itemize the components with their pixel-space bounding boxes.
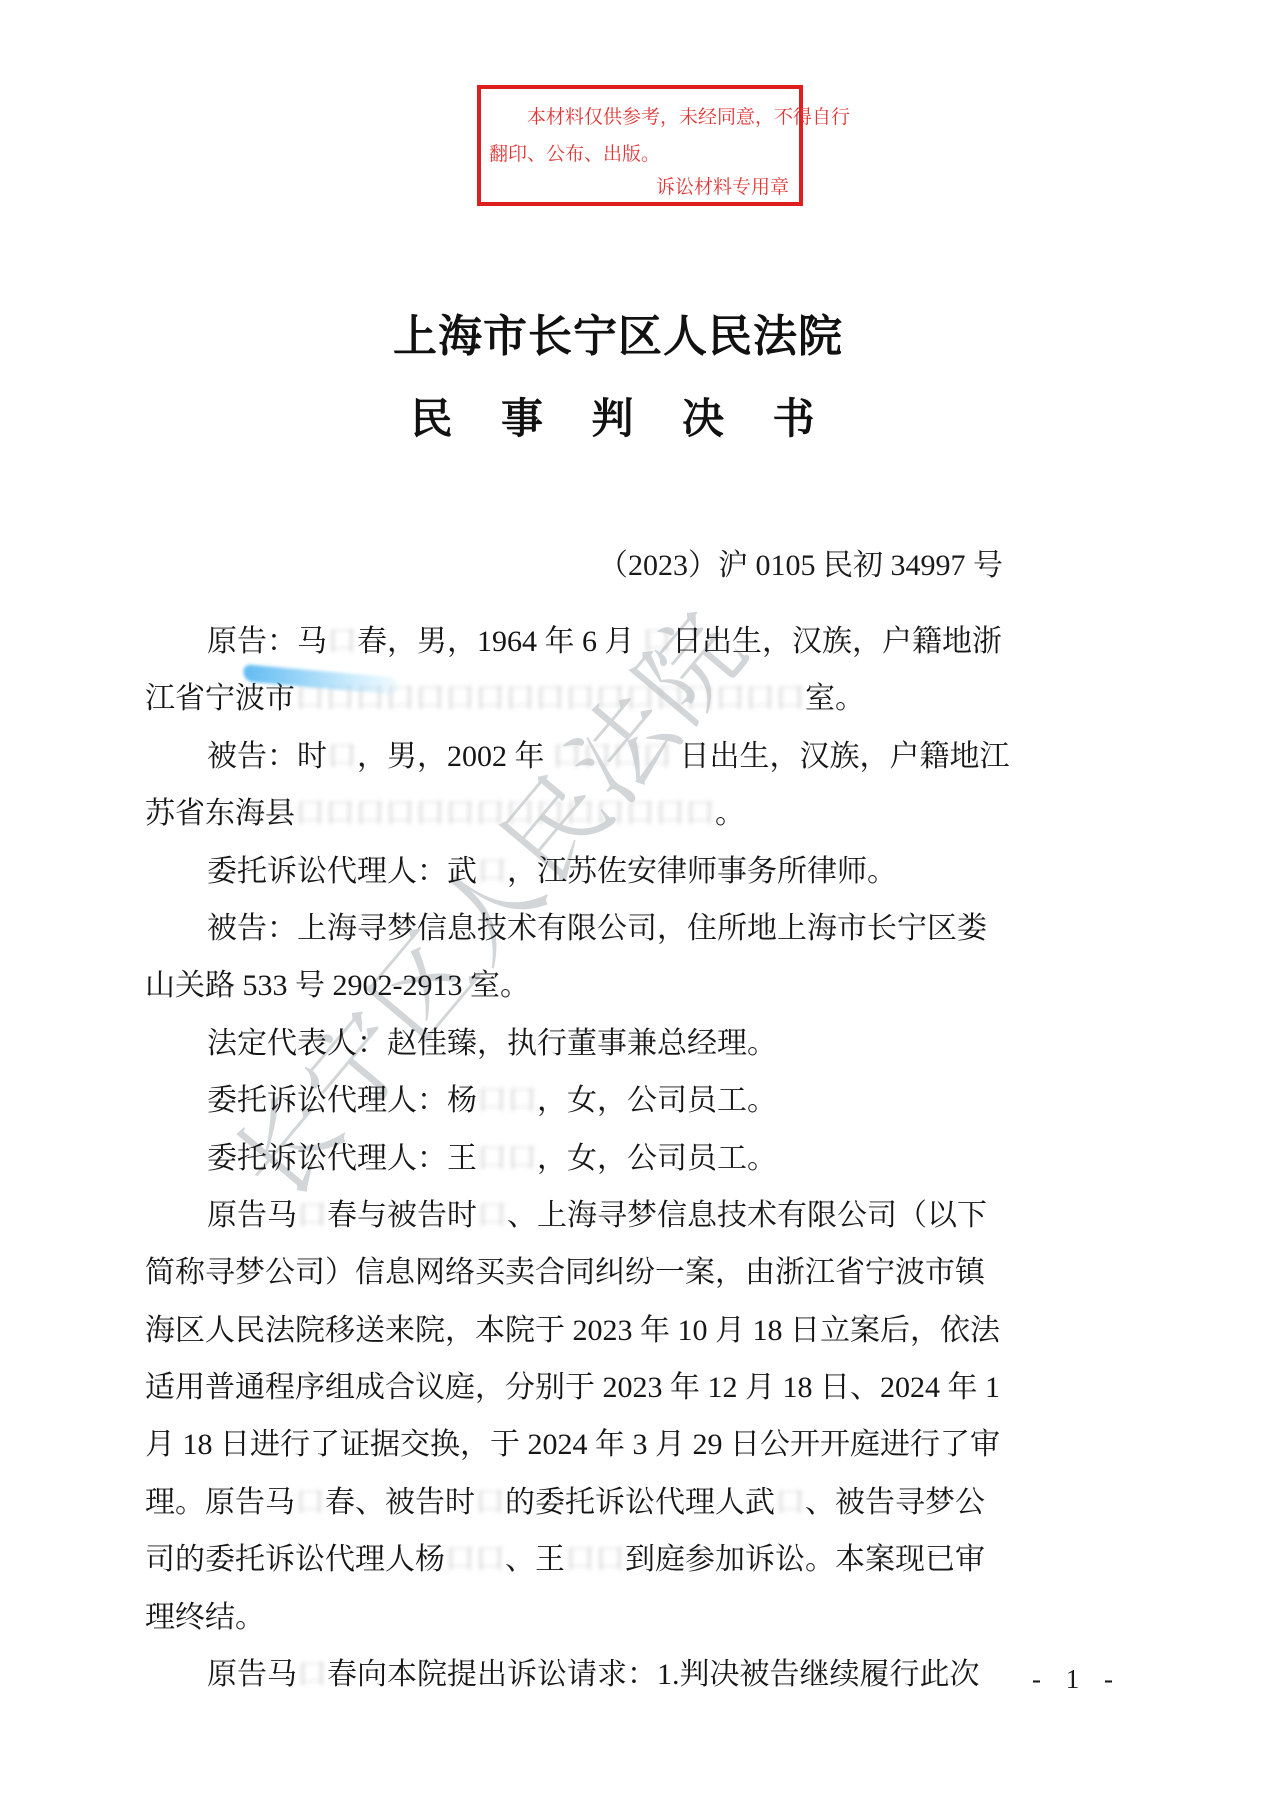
document-line: 原告：马口春，男，1964 年 6 月 口日出生，汉族，户籍地浙 <box>145 613 1045 670</box>
line-text: 原告：马 <box>207 625 327 658</box>
line-text: 被告：时 <box>207 740 327 773</box>
line-text: 月 18 日进行了证据交换，于 2024 年 3 月 29 日公开开庭进行了审 <box>145 1428 1000 1461</box>
document-body: 原告：马口春，男，1964 年 6 月 口日出生，汉族，户籍地浙江省宁波市口口口… <box>145 613 1045 1703</box>
page-number: - 1 - <box>1032 1664 1122 1695</box>
redacted-text: 口 <box>642 625 672 658</box>
line-text: 、上海寻梦信息技术有限公司（以下 <box>507 1199 987 1232</box>
document-line: 苏省东海县口口口口口口口口口口口口口口。 <box>145 785 1045 842</box>
document-line: 原告马口春向本院提出诉讼请求：1.判决被告继续履行此次 <box>145 1646 1045 1703</box>
line-text: 委托诉讼代理人：武 <box>207 855 477 888</box>
redacted-text: 口 <box>327 625 357 658</box>
line-text: 委托诉讼代理人：杨 <box>207 1084 477 1117</box>
line-text: 。 <box>715 797 745 830</box>
line-text: 苏省东海县 <box>145 797 295 830</box>
document-page: 长宁区人民法院 本材料仅供参考，未经同意，不得自行 翻印、公布、出版。 诉讼材料… <box>0 0 1280 1811</box>
document-line: 原告马口春与被告时口、上海寻梦信息技术有限公司（以下 <box>145 1187 1045 1244</box>
line-text: 江省宁波市 <box>145 682 295 715</box>
redacted-text: 口 <box>295 1486 325 1519</box>
document-line: 被告：时口，男，2002 年 口口口口 日出生，汉族，户籍地江 <box>145 728 1045 785</box>
line-text: 简称寻梦公司）信息网络买卖合同纠纷一案，由浙江省宁波市镇 <box>145 1256 985 1289</box>
line-text: 适用普通程序组成合议庭，分别于 2023 年 12 月 18 日、2024 年 … <box>145 1371 1000 1404</box>
line-text: 的委托诉讼代理人武 <box>505 1486 775 1519</box>
line-text: ，女，公司员工。 <box>537 1142 777 1175</box>
stamp-seal-label: 诉讼材料专用章 <box>489 169 789 206</box>
document-line: 被告：上海寻梦信息技术有限公司，住所地上海市长宁区娄 <box>145 900 1045 957</box>
redacted-text: 口 <box>477 855 507 888</box>
line-text: 春向本院提出诉讼请求：1.判决被告继续履行此次 <box>327 1658 980 1691</box>
line-text: 司的委托诉讼代理人杨 <box>145 1543 445 1576</box>
stamp-notice-line1: 本材料仅供参考，未经同意，不得自行 <box>489 99 789 136</box>
line-text: 、王 <box>505 1543 565 1576</box>
document-line: 简称寻梦公司）信息网络买卖合同纠纷一案，由浙江省宁波市镇 <box>145 1244 1045 1301</box>
redacted-text: 口口 <box>477 1142 537 1175</box>
document-line: 月 18 日进行了证据交换，于 2024 年 3 月 29 日公开开庭进行了审 <box>145 1416 1045 1473</box>
document-line: 理。原告马口春、被告时口的委托诉讼代理人武口、被告寻梦公 <box>145 1474 1045 1531</box>
line-text: 到庭参加诉讼。本案现已审 <box>625 1543 985 1576</box>
line-text: 原告马 <box>207 1658 297 1691</box>
redacted-text: 口口口口 <box>552 740 672 773</box>
redacted-text: 口口口口口口口口口口口口口口 <box>295 797 715 830</box>
redacted-text: 口口 <box>477 1084 537 1117</box>
case-number: （2023）沪 0105 民初 34997 号 <box>598 540 1003 584</box>
redacted-text: 口 <box>327 740 357 773</box>
document-type-title: 民 事 判 决 书 <box>410 386 833 446</box>
redacted-text: 口口 <box>565 1543 625 1576</box>
document-line: 委托诉讼代理人：杨口口，女，公司员工。 <box>145 1072 1045 1129</box>
line-text: 理。原告马 <box>145 1486 295 1519</box>
stamp-notice-line2: 翻印、公布、出版。 <box>489 136 789 173</box>
line-text: 理终结。 <box>145 1601 265 1634</box>
redacted-text: 口 <box>477 1199 507 1232</box>
document-line: 委托诉讼代理人：王口口，女，公司员工。 <box>145 1130 1045 1187</box>
redacted-text: 口 <box>475 1486 505 1519</box>
document-line: 法定代表人：赵佳臻，执行董事兼总经理。 <box>145 1015 1045 1072</box>
line-text: 山关路 533 号 2902-2913 室。 <box>145 969 530 1002</box>
line-text: 春，男，1964 年 6 月 <box>357 625 642 658</box>
document-line: 司的委托诉讼代理人杨口口、王口口到庭参加诉讼。本案现已审 <box>145 1531 1045 1588</box>
line-text: ，女，公司员工。 <box>537 1084 777 1117</box>
redacted-text: 口口 <box>445 1543 505 1576</box>
document-line: 适用普通程序组成合议庭，分别于 2023 年 12 月 18 日、2024 年 … <box>145 1359 1045 1416</box>
line-text: 日出生，汉族，户籍地浙 <box>672 625 1002 658</box>
line-text: 原告马 <box>207 1199 297 1232</box>
document-line: 委托诉讼代理人：武口，江苏佐安律师事务所律师。 <box>145 843 1045 900</box>
line-text: 、被告寻梦公 <box>805 1486 985 1519</box>
line-text: 室。 <box>805 682 865 715</box>
line-text: 海区人民法院移送来院，本院于 2023 年 10 月 18 日立案后，依法 <box>145 1314 1000 1347</box>
redacted-text: 口 <box>297 1199 327 1232</box>
line-text: 春、被告时 <box>325 1486 475 1519</box>
court-title: 上海市长宁区人民法院 <box>393 300 843 364</box>
document-line: 海区人民法院移送来院，本院于 2023 年 10 月 18 日立案后，依法 <box>145 1302 1045 1359</box>
line-text: 被告：上海寻梦信息技术有限公司，住所地上海市长宁区娄 <box>207 912 987 945</box>
line-text: 春与被告时 <box>327 1199 477 1232</box>
line-text: 日出生，汉族，户籍地江 <box>672 740 1010 773</box>
stamp-box: 本材料仅供参考，未经同意，不得自行 翻印、公布、出版。 诉讼材料专用章 <box>477 85 803 206</box>
redacted-text: 口 <box>297 1658 327 1691</box>
redacted-text: 口 <box>775 1486 805 1519</box>
line-text: 委托诉讼代理人：王 <box>207 1142 477 1175</box>
line-text: 法定代表人：赵佳臻，执行董事兼总经理。 <box>207 1027 777 1060</box>
line-text: ，男，2002 年 <box>357 740 552 773</box>
document-line: 理终结。 <box>145 1589 1045 1646</box>
line-text: ，江苏佐安律师事务所律师。 <box>507 855 897 888</box>
document-line: 山关路 533 号 2902-2913 室。 <box>145 957 1045 1014</box>
